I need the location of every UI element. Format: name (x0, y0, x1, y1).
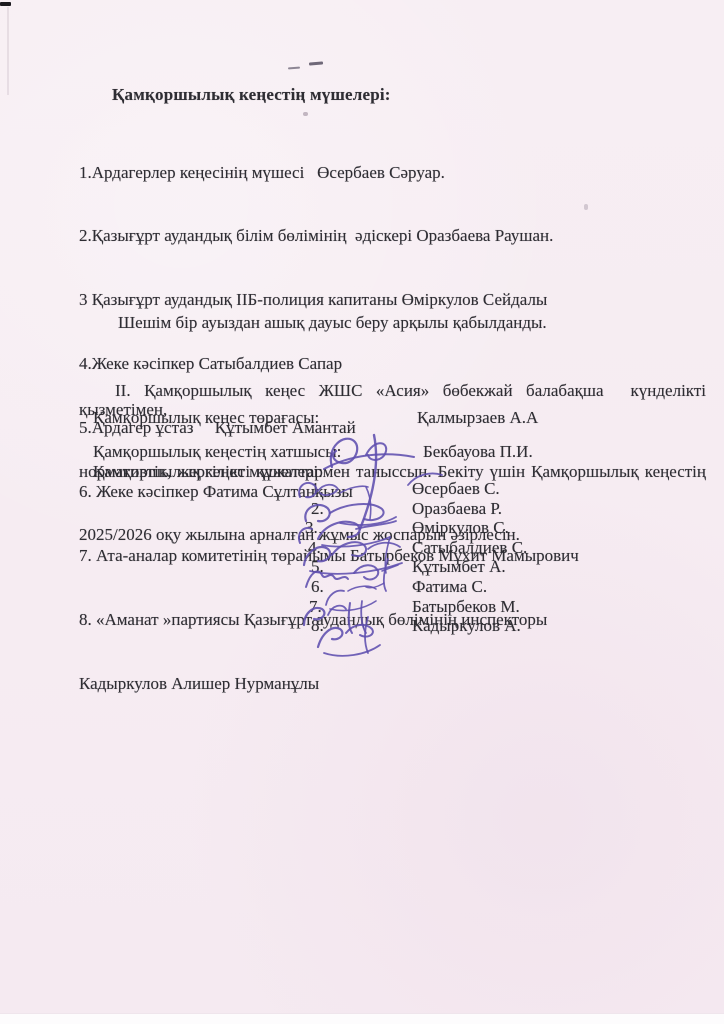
scan-bottom-edge (0, 1013, 724, 1024)
scanned-document-page: Қамқоршылық кеңестің мүшелері: 1.Ардагер… (0, 0, 724, 1024)
scan-corner-mark (0, 2, 11, 6)
handwritten-signatures-ink (270, 425, 470, 660)
member-line: 1.Ардагерлер кеңесінің мүшесі Өсербаев С… (79, 162, 579, 183)
scan-speck (584, 204, 588, 210)
member-line: 3 Қазығұрт аудандық ІІБ-полиция капитаны… (79, 289, 579, 310)
member-line: Кадыркулов Алишер Нурманұлы (79, 673, 579, 694)
scan-speck (303, 112, 308, 116)
scan-dash-mark (309, 61, 323, 65)
decision-paragraph: Шешім бір ауыздан ашық дауыс беру арқылы… (79, 312, 706, 333)
member-line: 2.Қазығұрт аудандық білім бөлімінің әдіс… (79, 225, 579, 246)
scan-edge-line (7, 7, 9, 95)
document-heading: Қамқоршылық кеңестің мүшелері: (112, 84, 391, 105)
scan-dash-mark (288, 67, 300, 70)
